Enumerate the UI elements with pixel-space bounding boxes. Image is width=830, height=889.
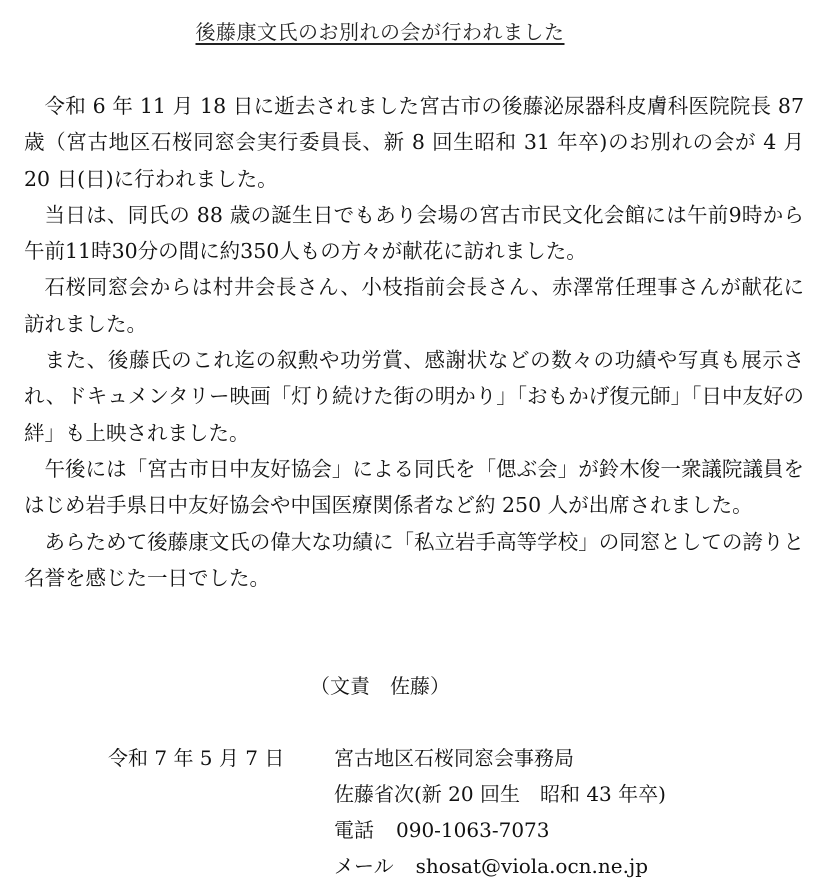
phone-label: 電話 bbox=[334, 818, 374, 842]
paragraph-5: 午後には「宮古市日中友好協会」による同氏を「偲ぶ会」が鈴木俊一衆議院議員をはじめ… bbox=[24, 451, 804, 524]
email-address: shosat@viola.ocn.ne.jp bbox=[416, 854, 648, 878]
article-title: 後藤康文氏のお別れの会が行われました bbox=[0, 16, 760, 45]
paragraph-3: 石桜同窓会からは村井会長さん、小枝指前会長さん、赤澤常任理事さんが献花に訪れまし… bbox=[24, 269, 804, 342]
paragraph-1: 令和 6 年 11 月 18 日に逝去されました宮古市の後藤泌尿器科皮膚科医院院… bbox=[24, 88, 804, 197]
article-body: 令和 6 年 11 月 18 日に逝去されました宮古市の後藤泌尿器科皮膚科医院院… bbox=[24, 88, 804, 596]
contact-block: 宮古地区石桜同窓会事務局 佐藤省次(新 20 回生 昭和 43 年卒) 電話09… bbox=[334, 740, 666, 884]
email-label: メール bbox=[334, 854, 394, 878]
author-credit: （文責 佐藤） bbox=[0, 670, 760, 699]
organization-name: 宮古地区石桜同窓会事務局 bbox=[334, 740, 666, 776]
phone-number: 090-1063-7073 bbox=[396, 818, 550, 842]
phone-line: 電話090-1063-7073 bbox=[334, 812, 666, 848]
paragraph-6: あらためて後藤康文氏の偉大な功績に「私立岩手高等学校」の同窓としての誇りと名誉を… bbox=[24, 524, 804, 597]
issue-date: 令和 7 年 5 月 7 日 bbox=[108, 740, 284, 776]
paragraph-4: また、後藤氏のこれ迄の叙勲や功労賞、感謝状などの数々の功績や写真も展示され、ドキ… bbox=[24, 342, 804, 451]
paragraph-2: 当日は、同氏の 88 歳の誕生日でもあり会場の宮古市民文化会館には午前9時から午… bbox=[24, 197, 804, 270]
contact-person: 佐藤省次(新 20 回生 昭和 43 年卒) bbox=[334, 776, 666, 812]
email-line: メールshosat@viola.ocn.ne.jp bbox=[334, 848, 666, 884]
